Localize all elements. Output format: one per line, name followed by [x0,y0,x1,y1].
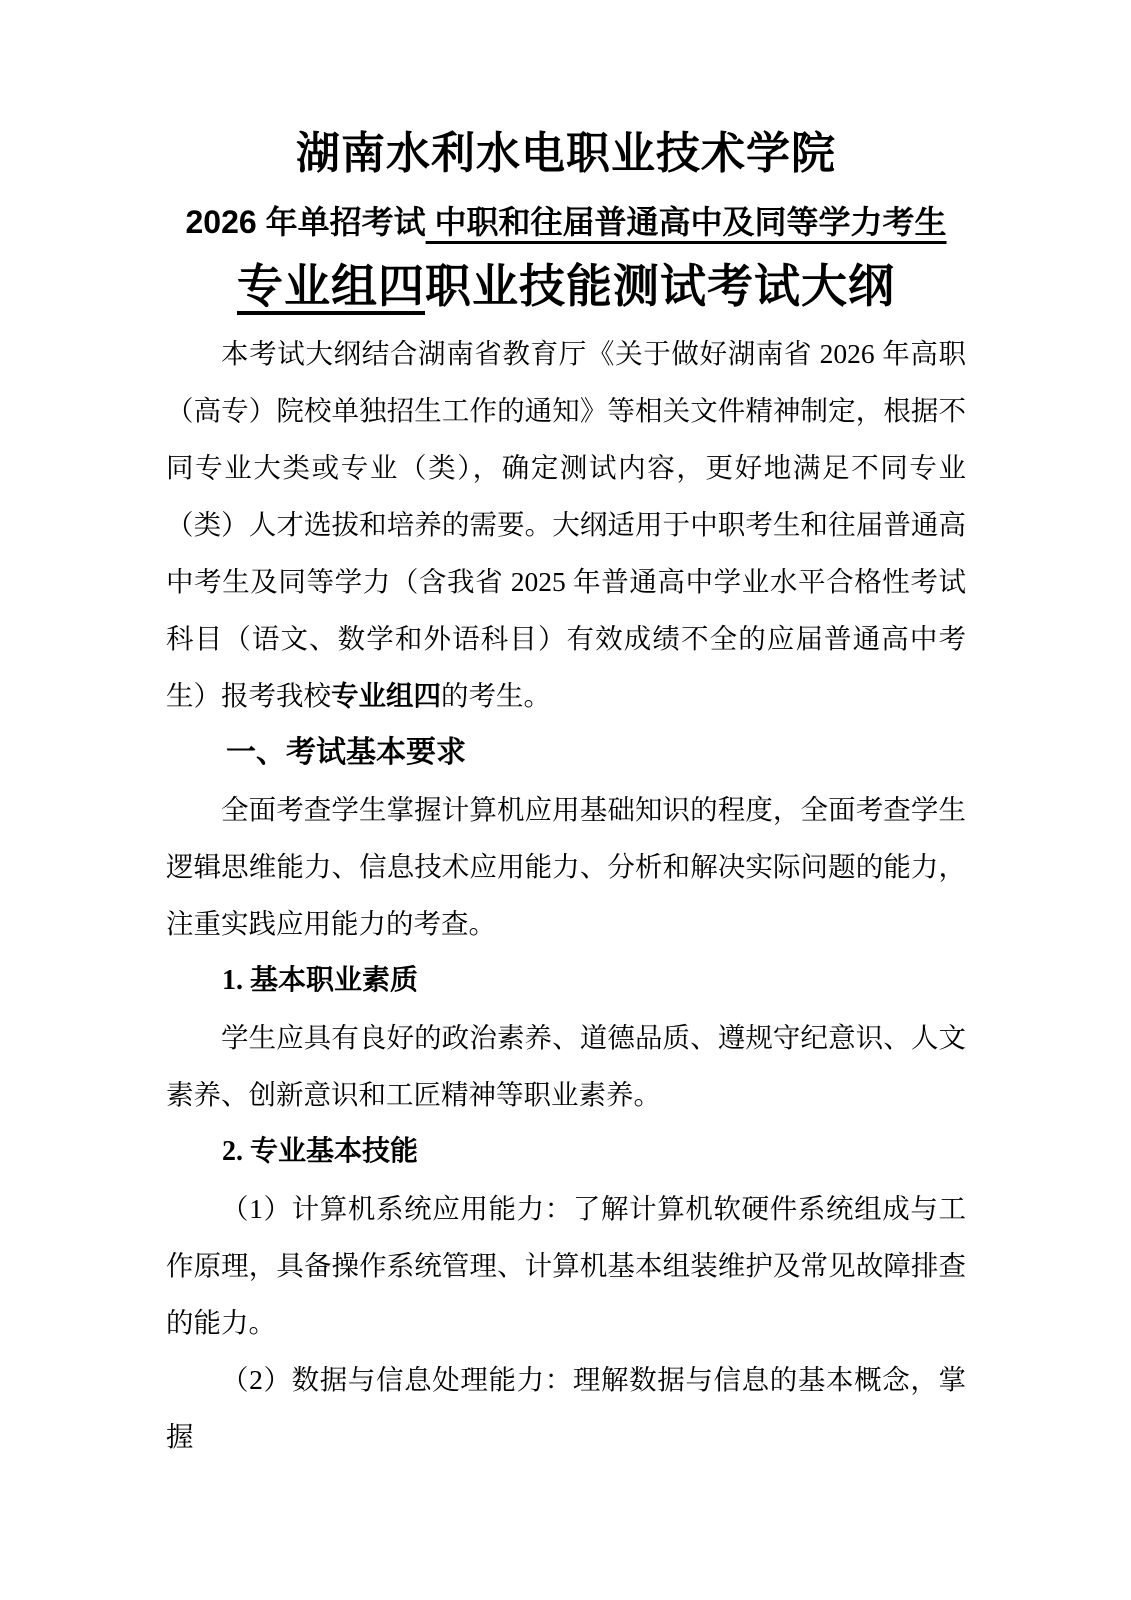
subsection2-paragraph-1: （1）计算机系统应用能力：了解计算机软硬件系统组成与工作原理，具备操作系统管理、… [166,1180,966,1351]
outline-heading-plain: 职业技能测试考试大纲 [425,260,895,312]
document-page: 湖南水利水电职业技术学院 2026 年单招考试 中职和往届普通高中及同等学力考生… [0,0,1131,1600]
intro-text-after: 的考生。 [441,680,551,711]
subsection1-heading: 1. 基本职业素质 [166,952,966,1009]
intro-text-bold: 专业组四 [331,680,441,711]
exam-subtitle-plain: 2026 年单招考试 [186,204,426,240]
subsection1-paragraph: 学生应具有良好的政治素养、道德品质、遵规守纪意识、人文素养、创新意识和工匠精神等… [166,1009,966,1123]
subsection2-heading: 2. 专业基本技能 [166,1123,966,1180]
intro-text-before: 本考试大纲结合湖南省教育厅《关于做好湖南省 2026 年高职（高专）院校单独招生… [166,338,966,711]
exam-subtitle: 2026 年单招考试 中职和往届普通高中及同等学力考生 [166,201,966,244]
page-title: 湖南水利水电职业技术学院 [166,128,966,181]
subsection2-paragraph-2: （2）数据与信息处理能力：理解数据与信息的基本概念，掌握 [166,1351,966,1465]
outline-heading-underlined: 专业组四 [237,260,425,312]
section1-heading: 一、考试基本要求 [166,724,966,781]
exam-subtitle-underlined: 中职和往届普通高中及同等学力考生 [426,204,947,240]
intro-paragraph: 本考试大纲结合湖南省教育厅《关于做好湖南省 2026 年高职（高专）院校单独招生… [166,325,966,724]
outline-heading: 专业组四职业技能测试考试大纲 [166,258,966,316]
section1-paragraph: 全面考查学生掌握计算机应用基础知识的程度，全面考查学生逻辑思维能力、信息技术应用… [166,781,966,952]
